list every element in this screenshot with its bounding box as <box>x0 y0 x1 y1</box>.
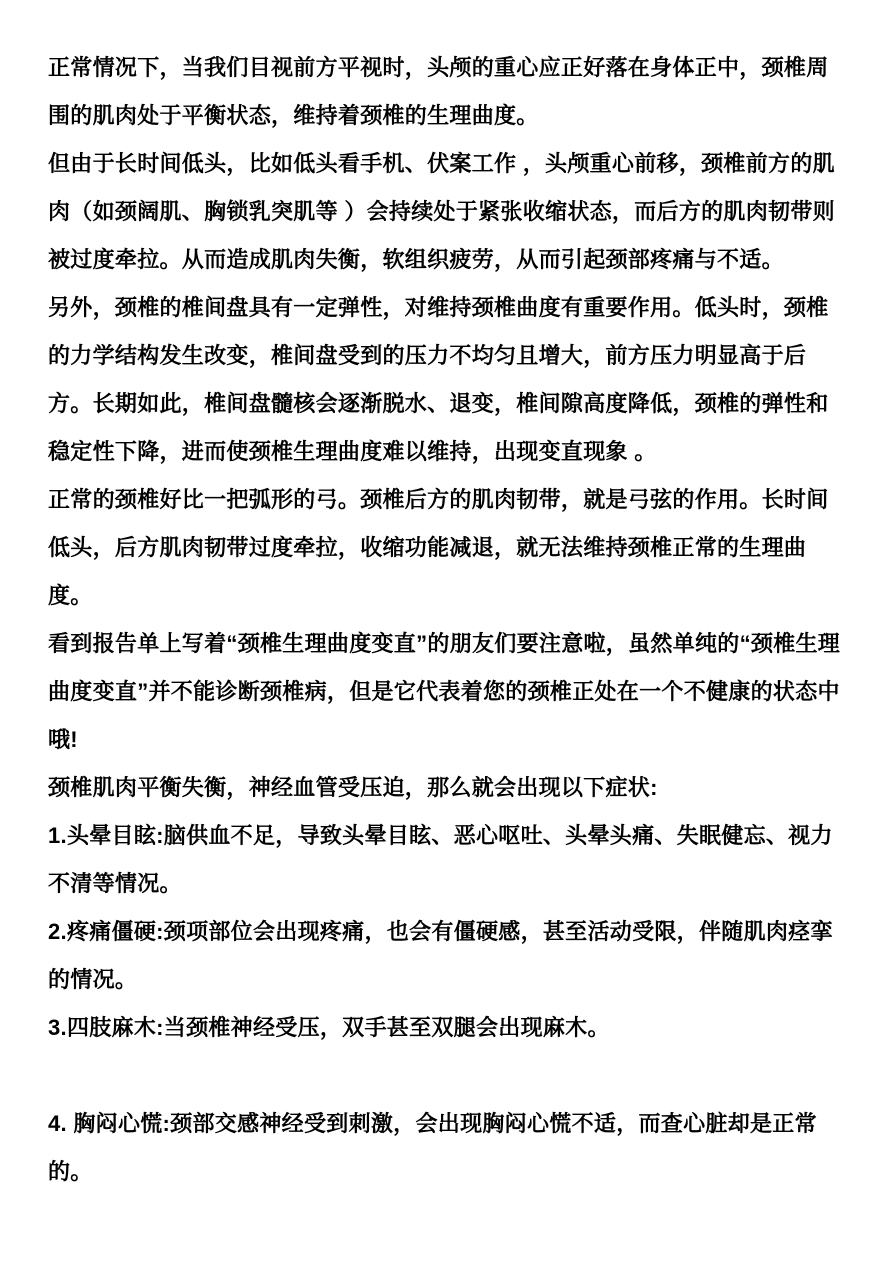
paragraph-bow-analogy: 正常的颈椎好比一把弧形的弓。颈椎后方的肌肉韧带，就是弓弦的作用。长时间低头，后方… <box>48 476 845 620</box>
symptom-item-4-chest-tightness: 4. 胸闷心慌:颈部交感神经受到刺激，会出现胸闷心慌不适，而查心脏却是正常的。 <box>48 1100 845 1196</box>
document-page: 正常情况下，当我们目视前方平视时，头颅的重心应正好落在身体正中，颈椎周围的肌肉处… <box>0 0 893 1262</box>
paragraph-report-warning: 看到报告单上写着“颈椎生理曲度变直”的朋友们要注意啦，虽然单纯的“颈椎生理曲度变… <box>48 620 845 764</box>
paragraph-normal-posture: 正常情况下，当我们目视前方平视时，头颅的重心应正好落在身体正中，颈椎周围的肌肉处… <box>48 44 845 140</box>
paragraph-symptoms-intro: 颈椎肌肉平衡失衡，神经血管受压迫，那么就会出现以下症状: <box>48 764 845 812</box>
symptom-item-2-pain-stiffness: 2.疼痛僵硬:颈项部位会出现疼痛，也会有僵硬感，甚至活动受限，伴随肌肉痉挛的情况… <box>48 908 845 1004</box>
symptom-item-3-limb-numbness: 3.四肢麻木:当颈椎神经受压，双手甚至双腿会出现麻木。 <box>48 1004 845 1052</box>
paragraph-disc-elasticity: 另外，颈椎的椎间盘具有一定弹性，对维持颈椎曲度有重要作用。低头时，颈椎的力学结构… <box>48 284 845 476</box>
paragraph-head-down-cause: 但由于长时间低头，比如低头看手机、伏案工作 ，头颅重心前移，颈椎前方的肌肉（如颈… <box>48 140 845 284</box>
symptom-item-1-dizziness: 1.头晕目眩:脑供血不足，导致头晕目眩、恶心呕吐、头晕头痛、失眠健忘、视力不清等… <box>48 812 845 908</box>
